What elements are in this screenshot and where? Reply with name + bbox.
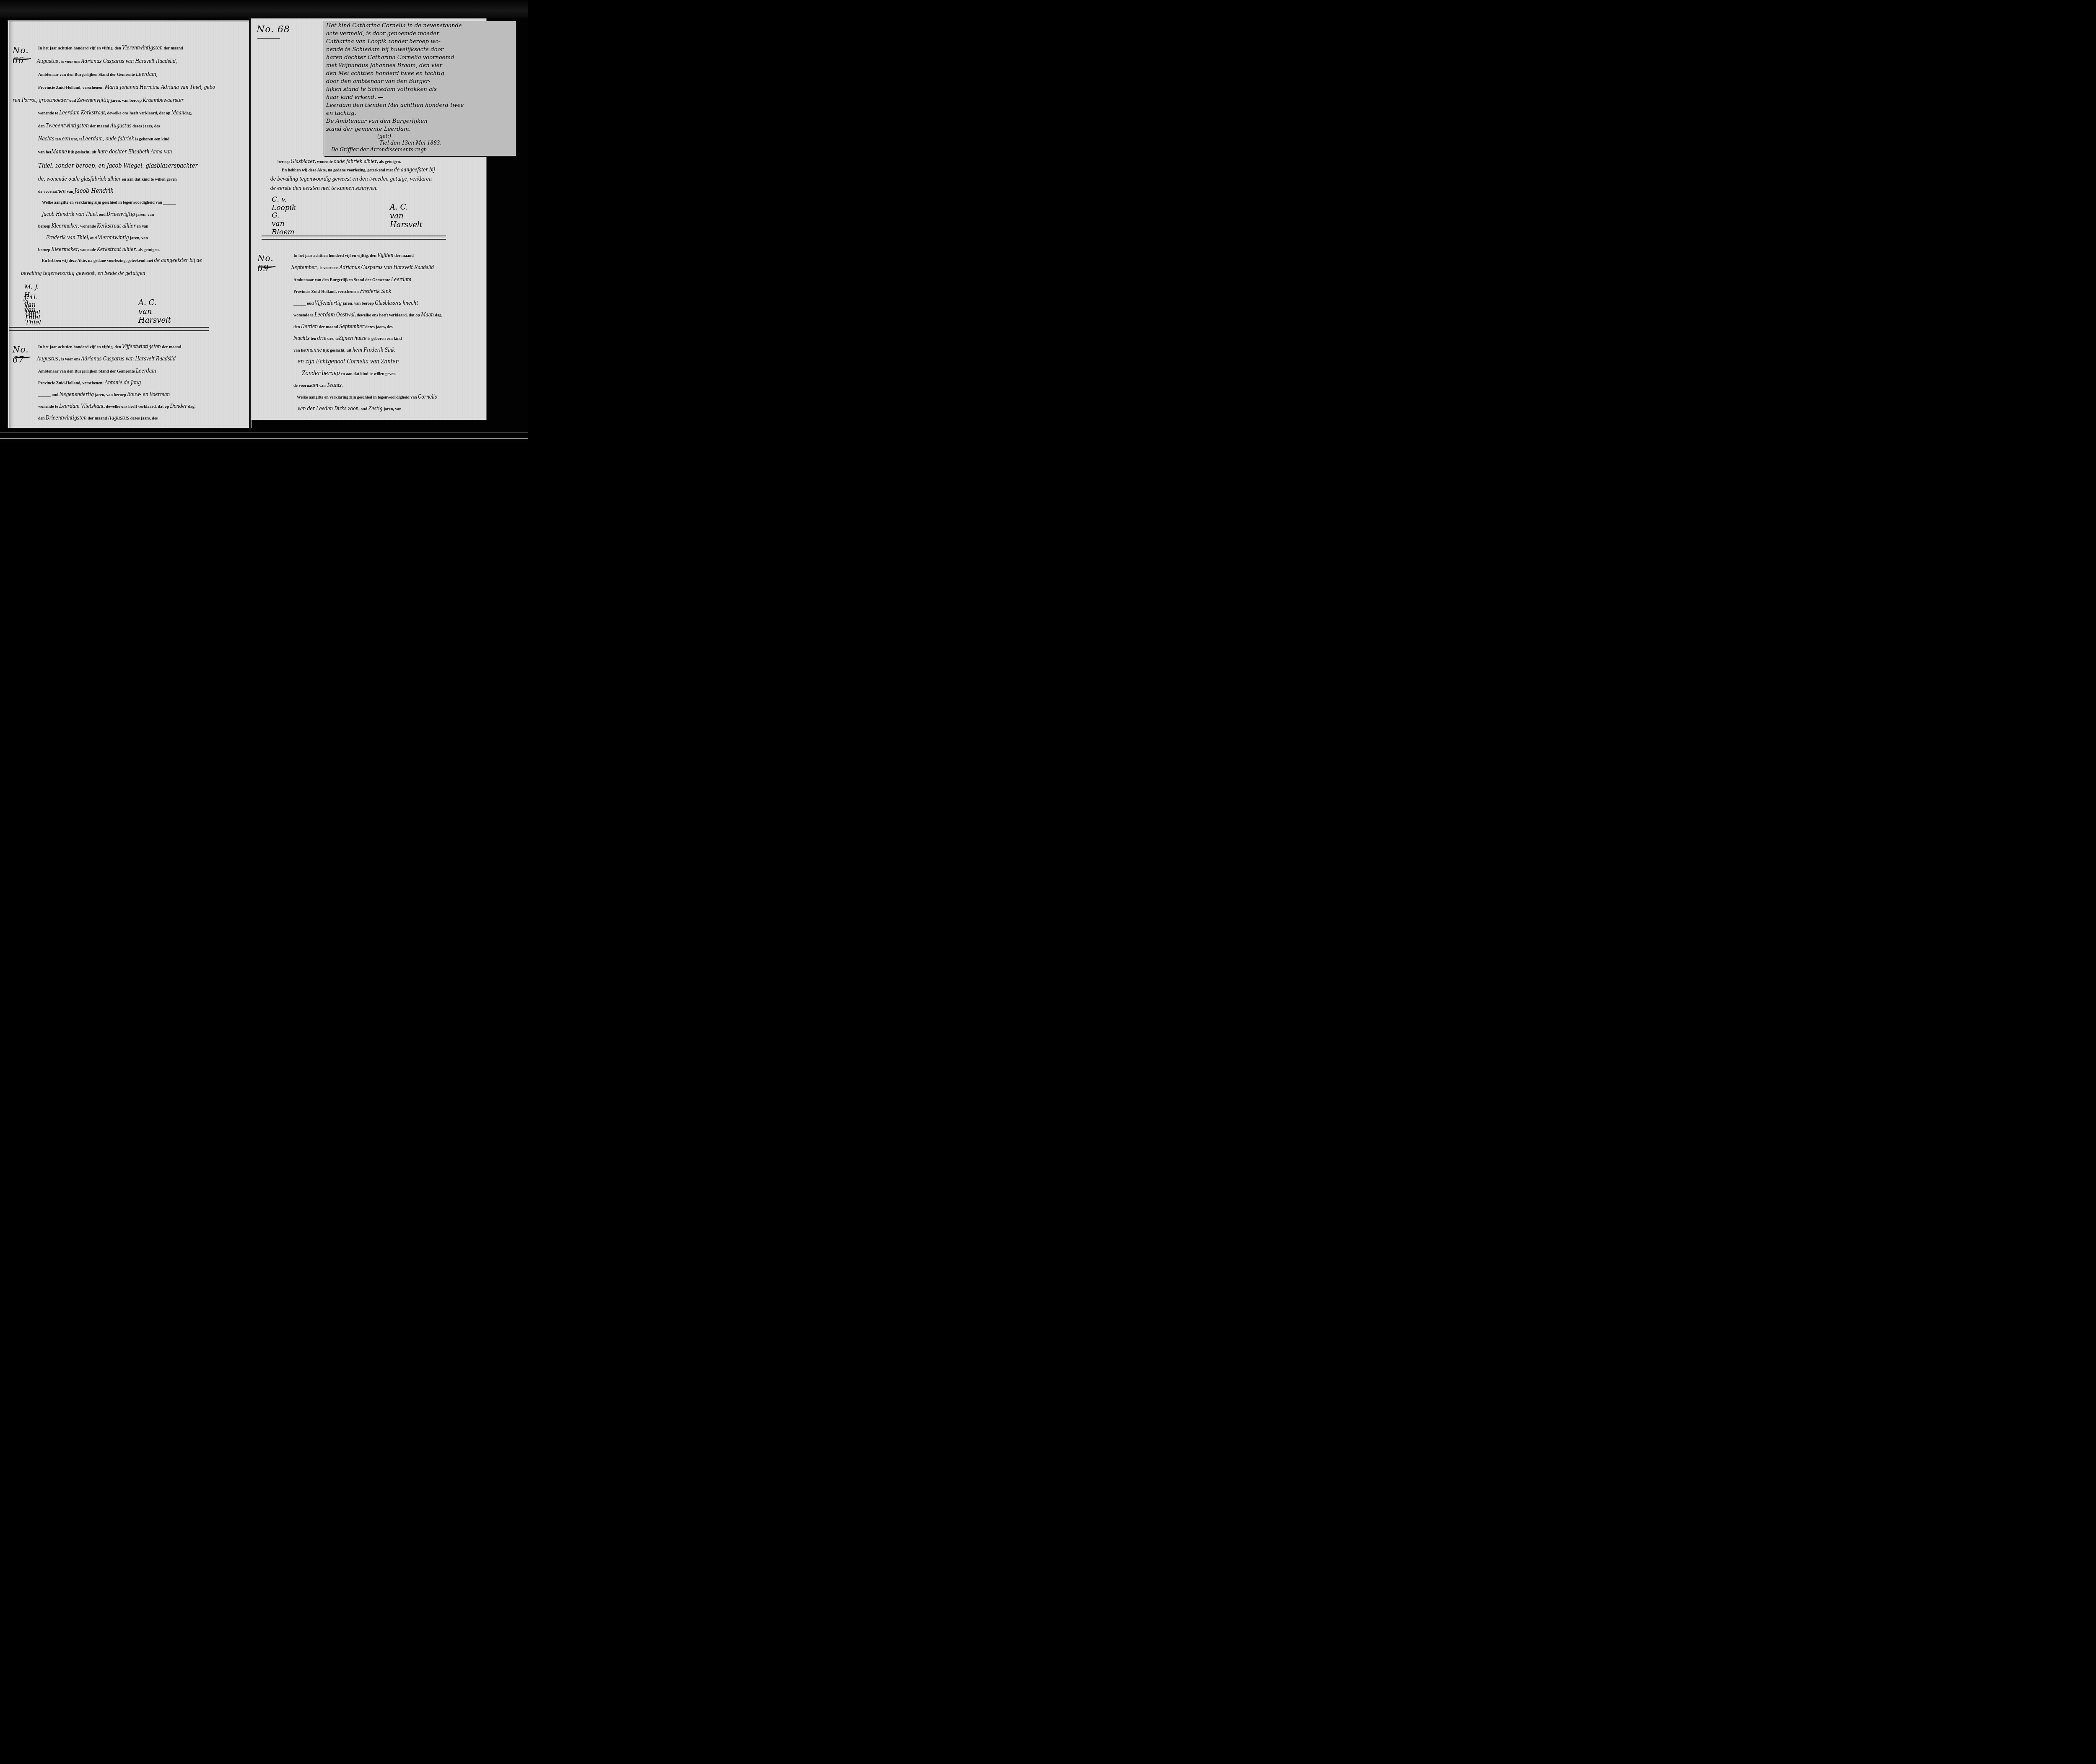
record-line: Welke aangifte en verklaring zijn geschi… — [42, 199, 176, 205]
record-line: En hebben wij deze Akte, na gedane voorl… — [282, 167, 435, 173]
slip-line: en tachtig. — [326, 110, 356, 117]
slip-line: Catharina van Loopik zonder beroep wo- — [326, 39, 441, 45]
record-line: Ambtenaar van den Burgerlijken Stand der… — [38, 71, 158, 78]
record-line: wonende te Leerdam Vlietskant, dewelke o… — [38, 403, 195, 409]
record-line: ren Porrot, grootmoeder oud Zevenenvijft… — [13, 97, 184, 104]
record-number-flourish — [13, 56, 31, 60]
slip-line: stand der gemeente Leerdam. — [326, 126, 411, 132]
slip-line: met Wijnandus Johannes Braam, den vier — [326, 62, 442, 69]
record-separator — [262, 236, 446, 240]
record-line: Frederik van Thiel, oud Vierentwintig ja… — [46, 235, 148, 241]
record-line: van der Leeden Dirks zoon, oud Zestig ja… — [298, 406, 402, 412]
record-line: Provincie Zuid-Holland, verschenen: Mari… — [38, 84, 215, 91]
record-line: de voornaam van Teunis. — [293, 382, 343, 389]
record-line: Provincie Zuid-Holland, verschenen: Anto… — [38, 380, 141, 386]
record-line: Nachts ten een ure, teLeerdam, oude fabr… — [38, 136, 169, 142]
record-line: wonende te Leerdam Oostwal, dewelke ons … — [293, 312, 442, 318]
record-line: de bevalling tegenwoordig geweest en den… — [270, 176, 432, 182]
record-line: bevalling tegenwoordig geweest, en beide… — [21, 270, 145, 277]
record-separator — [9, 327, 209, 331]
record-line: ______ oud Negenendertig jaren, van bero… — [38, 391, 170, 398]
record-line: van hetmanne lijk geslacht, uit hem Fred… — [293, 347, 395, 353]
record-line: In het jaar achttien honderd vijf en vij… — [38, 344, 181, 350]
slip-line: lijken stand te Schiedam voltrokken als — [326, 86, 437, 93]
scan-edge-smear — [0, 0, 528, 18]
slip-line: Het kind Catharina Cornelia in de nevens… — [326, 23, 462, 29]
scan-bottom-rule — [0, 433, 528, 433]
signature: C. v. Loopik — [272, 195, 296, 212]
slip-line: Leerdam den tienden Mei achttien honderd… — [326, 102, 464, 109]
record-line: den Tweeentwintigsten der maand Augustus… — [38, 123, 160, 129]
record-number-flourish — [13, 355, 31, 358]
record-line: In het jaar achttien honderd vijf en vij… — [38, 45, 183, 51]
slip-line: door den ambtenaar van den Burger- — [326, 78, 431, 85]
record-line: Welke aangifte en verklaring zijn geschi… — [297, 394, 437, 400]
record-line: van hetManne lijk geslacht, uit hare doc… — [38, 149, 172, 155]
slip-line: den Mei achttien honderd twee en tachtig — [326, 70, 444, 77]
record-number: No. 69 — [257, 253, 274, 273]
record-line: Thiel, zonder beroep, en Jacob Wiegel, g… — [38, 163, 198, 169]
record-line: de eerste den eersten niet te kunnen sch… — [270, 185, 378, 192]
record-line: Ambtenaar van den Burgerlijken Stand der… — [38, 368, 156, 374]
official-signature: A. C. van Harsvelt — [138, 298, 171, 325]
record-line: Zonder beroep en aan dat kind te willen … — [302, 370, 396, 377]
official-signature: A. C. van Harsvelt — [390, 203, 423, 229]
record-line: Augustus , is voor ons Adrianus Casparus… — [37, 58, 177, 65]
signature: F. van Thiel — [25, 303, 41, 326]
record-line: en zijn Echtgenoot Cornelia van Zanten — [298, 359, 399, 365]
record-line: ______ oud Vijfendertig jaren, van beroe… — [293, 300, 418, 306]
signature: G. van Bloem — [272, 211, 294, 236]
record-line: beroep Kleermaker, wonende Kerkstraat al… — [38, 246, 160, 253]
record-line: wonende te Leerdam Kerkstraat, dewelke o… — [38, 110, 192, 116]
slip-line: acte vermeld, is door genoemde moeder — [326, 31, 439, 37]
record-number-underline — [257, 35, 280, 39]
record-line: den Derden der maand September dezes jaa… — [293, 324, 393, 330]
record-number: No. 68 — [257, 24, 290, 35]
scan-bottom-rule — [0, 438, 528, 439]
record-line: In het jaar achttien honderd vijf en vij… — [293, 252, 414, 259]
record-line: Augustus , is voor ons Adrianus Casparus… — [37, 356, 176, 362]
record-line: Ambtenaar van den Burgerlijken Stand der… — [293, 277, 411, 283]
record-number-flourish — [258, 264, 276, 268]
slip-line: haren dochter Catharina Cornelia voornoe… — [326, 54, 454, 61]
slip-line: haar kind erkend. — — [326, 94, 383, 101]
record-line: de voornamen van Jacob Hendrik — [38, 188, 114, 194]
record-number: No. 66 — [13, 45, 29, 65]
record-line: En hebben wij deze Akte, na gedane voorl… — [42, 257, 202, 264]
slip-line: nende te Schiedam bij huwelijksacte door — [326, 47, 444, 53]
record-line: Provincie Zuid-Holland, verschenen: Fred… — [293, 288, 391, 295]
record-line: beroep Kleermaker, wonende Kerkstraat al… — [38, 223, 148, 229]
record-line: Nachts ten drie ure, teZijnen huize is g… — [293, 335, 402, 342]
record-line: de, wonende oude glasfabriek alhier en a… — [38, 176, 177, 182]
record-line: September , is voor ons Adrianus Casparu… — [291, 264, 434, 271]
slip-line: (get:) — [377, 133, 391, 139]
record-line: beroep Glasblazer, wonende oude fabriek … — [278, 158, 401, 165]
record-line: Jacob Hendrik van Thiel, oud Drieenvijft… — [42, 211, 154, 218]
slip-line: Tiel den 13en Mei 1883. — [379, 140, 441, 146]
